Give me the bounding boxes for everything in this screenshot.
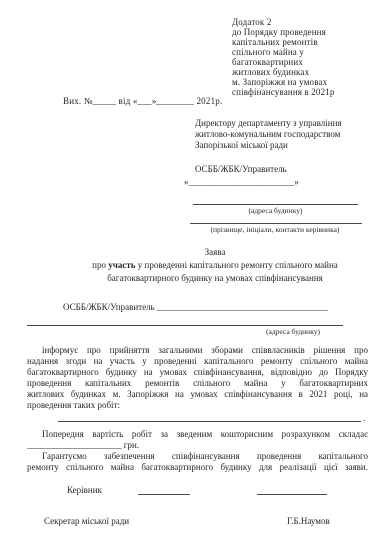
outgoing-ref-line: Вих. №_____ від «___»________ 2021р.: [63, 96, 222, 106]
signature-blank-1: [138, 486, 190, 495]
addressee-line: житлово-комунальним господарством: [195, 129, 387, 140]
addressee-line: Директору департаменту з управління: [195, 118, 387, 129]
body-line: надання згоди на участь у проведенні кап…: [27, 356, 368, 367]
body-line: проведення капітальних ремонтів спільног…: [27, 378, 368, 389]
applicant-org-label: ОСББ/ЖБК/Управитель: [195, 164, 287, 174]
applicant-org-name-blank: «______________________»: [184, 177, 299, 187]
annex-line: Додаток 2: [232, 17, 384, 27]
body-line: багатоквартирного будинку на умовах спів…: [27, 367, 368, 378]
applicant-head-caption: (прізвище, ініціали, контакти керівника): [172, 225, 378, 234]
footer-secretary-name: Г.Б.Наумов: [287, 516, 330, 526]
body-line: житлових будинках м. Запоріжжя на умовах…: [27, 389, 368, 400]
cost-paragraph: Попередня вартість робіт за зведеним кош…: [27, 429, 368, 451]
guarantee-line: Гарантуємо забезпечення співфінансування…: [27, 451, 368, 462]
annex-line: житлових будинках: [232, 67, 384, 77]
building-address-caption: (адреса будинку): [240, 327, 346, 336]
body-line: інформує про прийняття загальними зборам…: [27, 345, 368, 356]
guarantee-paragraph: Гарантуємо забезпечення співфінансування…: [27, 451, 368, 473]
footer-secretary-title: Секретар міської ради: [44, 516, 129, 526]
addressee-line: Запорізької міської ради: [195, 140, 387, 151]
building-address-blank-line: [27, 316, 343, 326]
annex-line: спільного майна у: [232, 47, 384, 57]
signature-blank-2: [257, 486, 327, 495]
body-line: проведення таких робіт:: [27, 400, 368, 411]
application-title-block: Заява про участь у проведенні капітально…: [50, 246, 380, 285]
annex-line: співфінансування в 2021р: [232, 87, 384, 97]
cost-blank-line: _____________________ грн.: [27, 440, 368, 451]
subtitle-post: у проведенні капітального ремонту спільн…: [136, 260, 338, 270]
works-blank-line: [58, 413, 361, 422]
org-name-line: ОСББ/ЖБК/Управитель ____________________…: [63, 302, 328, 312]
subtitle-pre: про: [92, 260, 108, 270]
body-paragraph: інформує про прийняття загальними зборам…: [27, 345, 368, 411]
annex-line: багатоквартирних: [232, 57, 384, 67]
applicant-head-blank-line: [190, 215, 362, 224]
annex-block: Додаток 2 до Порядку проведення капіталь…: [232, 17, 384, 97]
application-title: Заява: [50, 246, 380, 259]
works-blank-period: .: [363, 413, 365, 423]
org-name-blank: ______________________________________: [157, 302, 328, 312]
application-subtitle-line2: багатоквартирного будинку на умовах спів…: [50, 272, 380, 285]
document-page: Додаток 2 до Порядку проведення капіталь…: [0, 0, 391, 556]
addressee-block: Директору департаменту з управління житл…: [195, 118, 387, 151]
annex-line: капітальних ремонтів: [232, 37, 384, 47]
annex-line: м. Запоріжжя на умовах: [232, 77, 384, 87]
cost-line: Попередня вартість робіт за зведеним кош…: [27, 429, 368, 440]
guarantee-line: ремонту спільного майна багатоквартирног…: [27, 462, 368, 473]
org-name-label: ОСББ/ЖБК/Управитель: [63, 302, 155, 312]
signature-label: Керівник: [67, 485, 102, 495]
applicant-address-caption: (адреса будинку): [193, 206, 358, 215]
applicant-address-blank-line: [193, 196, 358, 205]
annex-line: до Порядку проведення: [232, 27, 384, 37]
subtitle-bold-word: участь: [108, 260, 135, 270]
application-subtitle-line1: про участь у проведенні капітального рем…: [50, 259, 380, 272]
